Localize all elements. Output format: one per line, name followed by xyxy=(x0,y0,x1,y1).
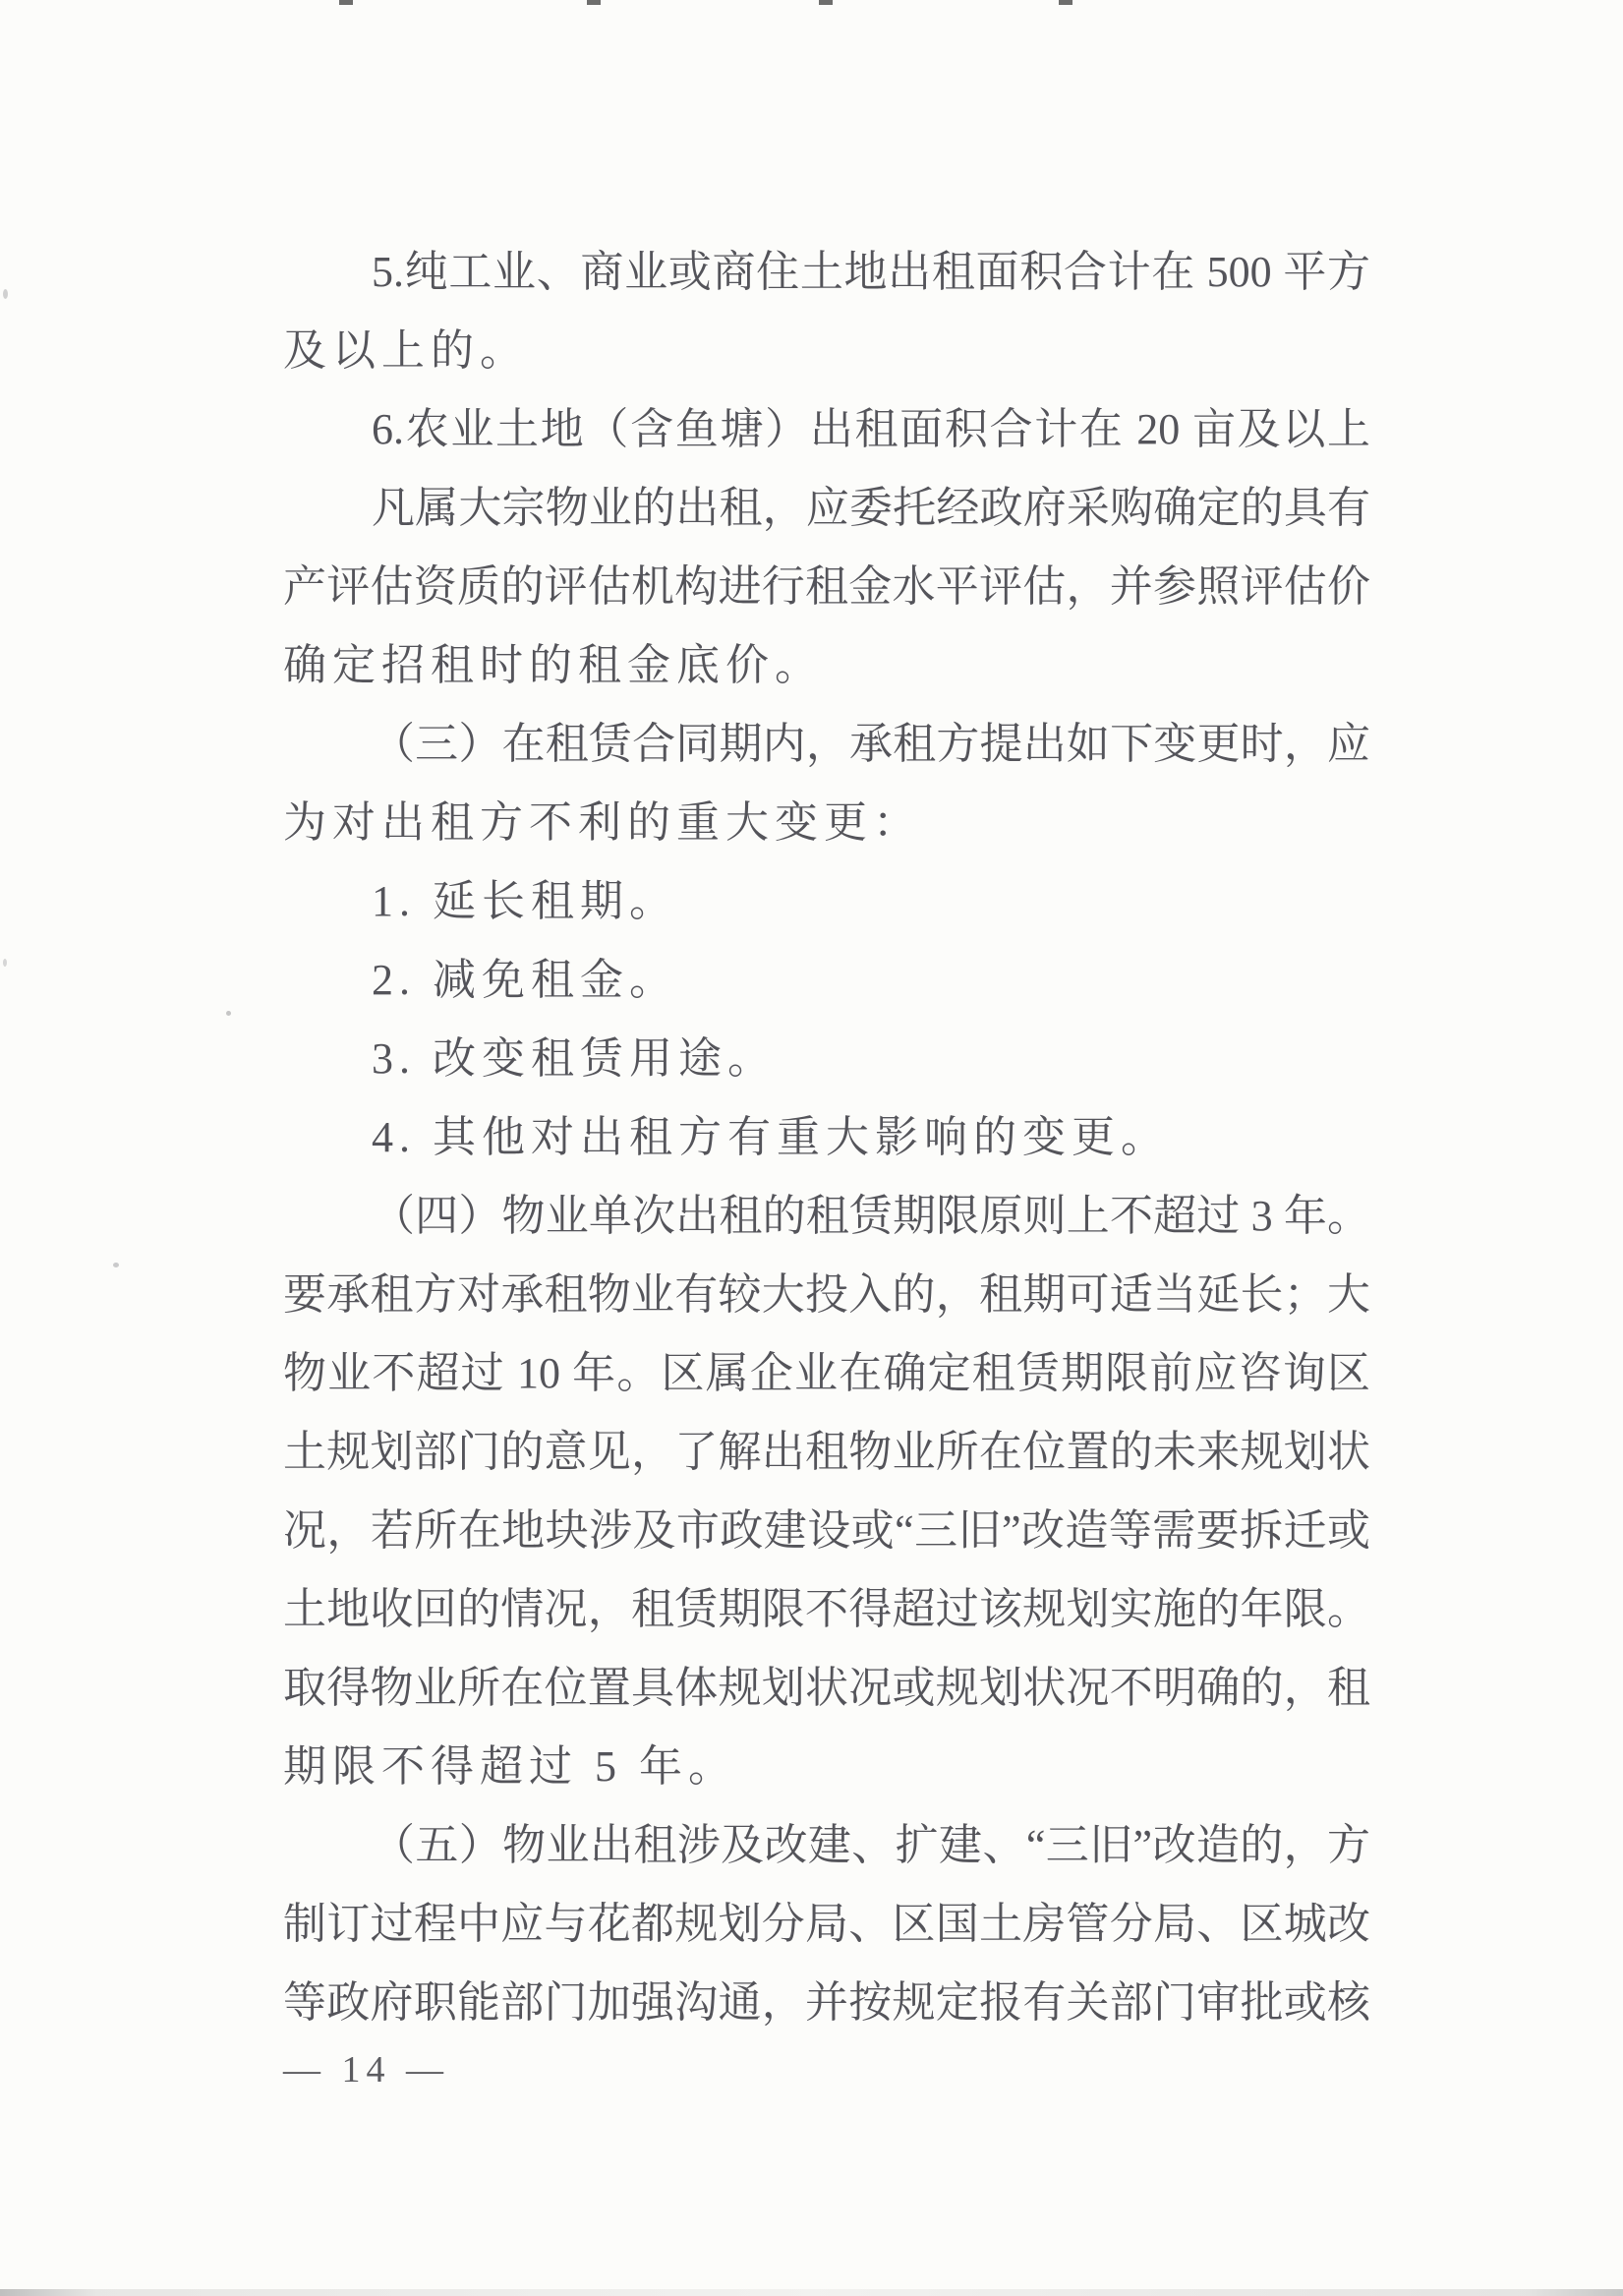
text-line: 土规划部门的意见，了解出租物业所在位置的未来规划状 xyxy=(283,1413,1370,1492)
document-page: 5.纯工业、商业或商住土地出租面积合计在 500 平方米 及以上的。 6.农业土… xyxy=(0,0,1623,2296)
text-line: 确定招租时的租金底价。 xyxy=(283,626,1370,705)
text-line: 6.农业土地（含鱼塘）出租面积合计在 20 亩及以上的。 xyxy=(283,390,1370,469)
scan-mark-top-4 xyxy=(1059,0,1072,5)
text-line: 5.纯工业、商业或商住土地出租面积合计在 500 平方米 xyxy=(283,233,1370,312)
document-body: 5.纯工业、商业或商住土地出租面积合计在 500 平方米 及以上的。 6.农业土… xyxy=(283,233,1370,2042)
text-line: （四）物业单次出租的租赁期限原则上不超过 3 年。需 xyxy=(283,1177,1370,1256)
scan-mark-top-3 xyxy=(819,0,833,5)
text-line: 况，若所在地块涉及市政建设或“三旧”改造等需要拆迁或 xyxy=(283,1492,1370,1570)
scan-speck xyxy=(113,1263,119,1267)
scan-edge-bottom xyxy=(0,2289,1623,2296)
scan-speck xyxy=(3,289,8,299)
text-line: 产评估资质的评估机构进行租金水平评估，并参照评估价格 xyxy=(283,548,1370,626)
scan-mark-top-2 xyxy=(587,0,601,5)
text-line: 制订过程中应与花都规划分局、区国土房管分局、区城改办 xyxy=(283,1885,1370,1964)
text-line: 物业不超过 10 年。区属企业在确定租赁期限前应咨询区国 xyxy=(283,1334,1370,1413)
text-line: 土地收回的情况，租赁期限不得超过该规划实施的年限。未 xyxy=(283,1570,1370,1649)
scan-speck xyxy=(226,1011,231,1016)
scan-mark-top-1 xyxy=(339,0,353,5)
text-line: 取得物业所在位置具体规划状况或规划状况不明确的，租赁 xyxy=(283,1649,1370,1728)
text-line: 3. 改变租赁用途。 xyxy=(283,1020,1370,1098)
text-line: 期限不得超过 5 年。 xyxy=(283,1728,1370,1806)
text-line: 1. 延长租期。 xyxy=(283,862,1370,941)
scan-speck xyxy=(3,959,7,967)
text-line: 2. 减免租金。 xyxy=(283,941,1370,1020)
text-line: 凡属大宗物业的出租，应委托经政府采购确定的具有资 xyxy=(283,469,1370,548)
text-line: 要承租方对承租物业有较大投入的，租期可适当延长；大宗 xyxy=(283,1256,1370,1334)
text-line: 及以上的。 xyxy=(283,312,1370,390)
text-line: （五）物业出租涉及改建、扩建、“三旧”改造的，方案 xyxy=(283,1806,1370,1885)
text-line: 为对出租方不利的重大变更： xyxy=(283,784,1370,862)
page-number: — 14 — xyxy=(283,2045,449,2094)
text-line: 等政府职能部门加强沟通，并按规定报有关部门审批或核 xyxy=(283,1964,1370,2042)
text-line: （三）在租赁合同期内，承租方提出如下变更时，应视 xyxy=(283,705,1370,784)
text-line: 4. 其他对出租方有重大影响的变更。 xyxy=(283,1098,1370,1177)
